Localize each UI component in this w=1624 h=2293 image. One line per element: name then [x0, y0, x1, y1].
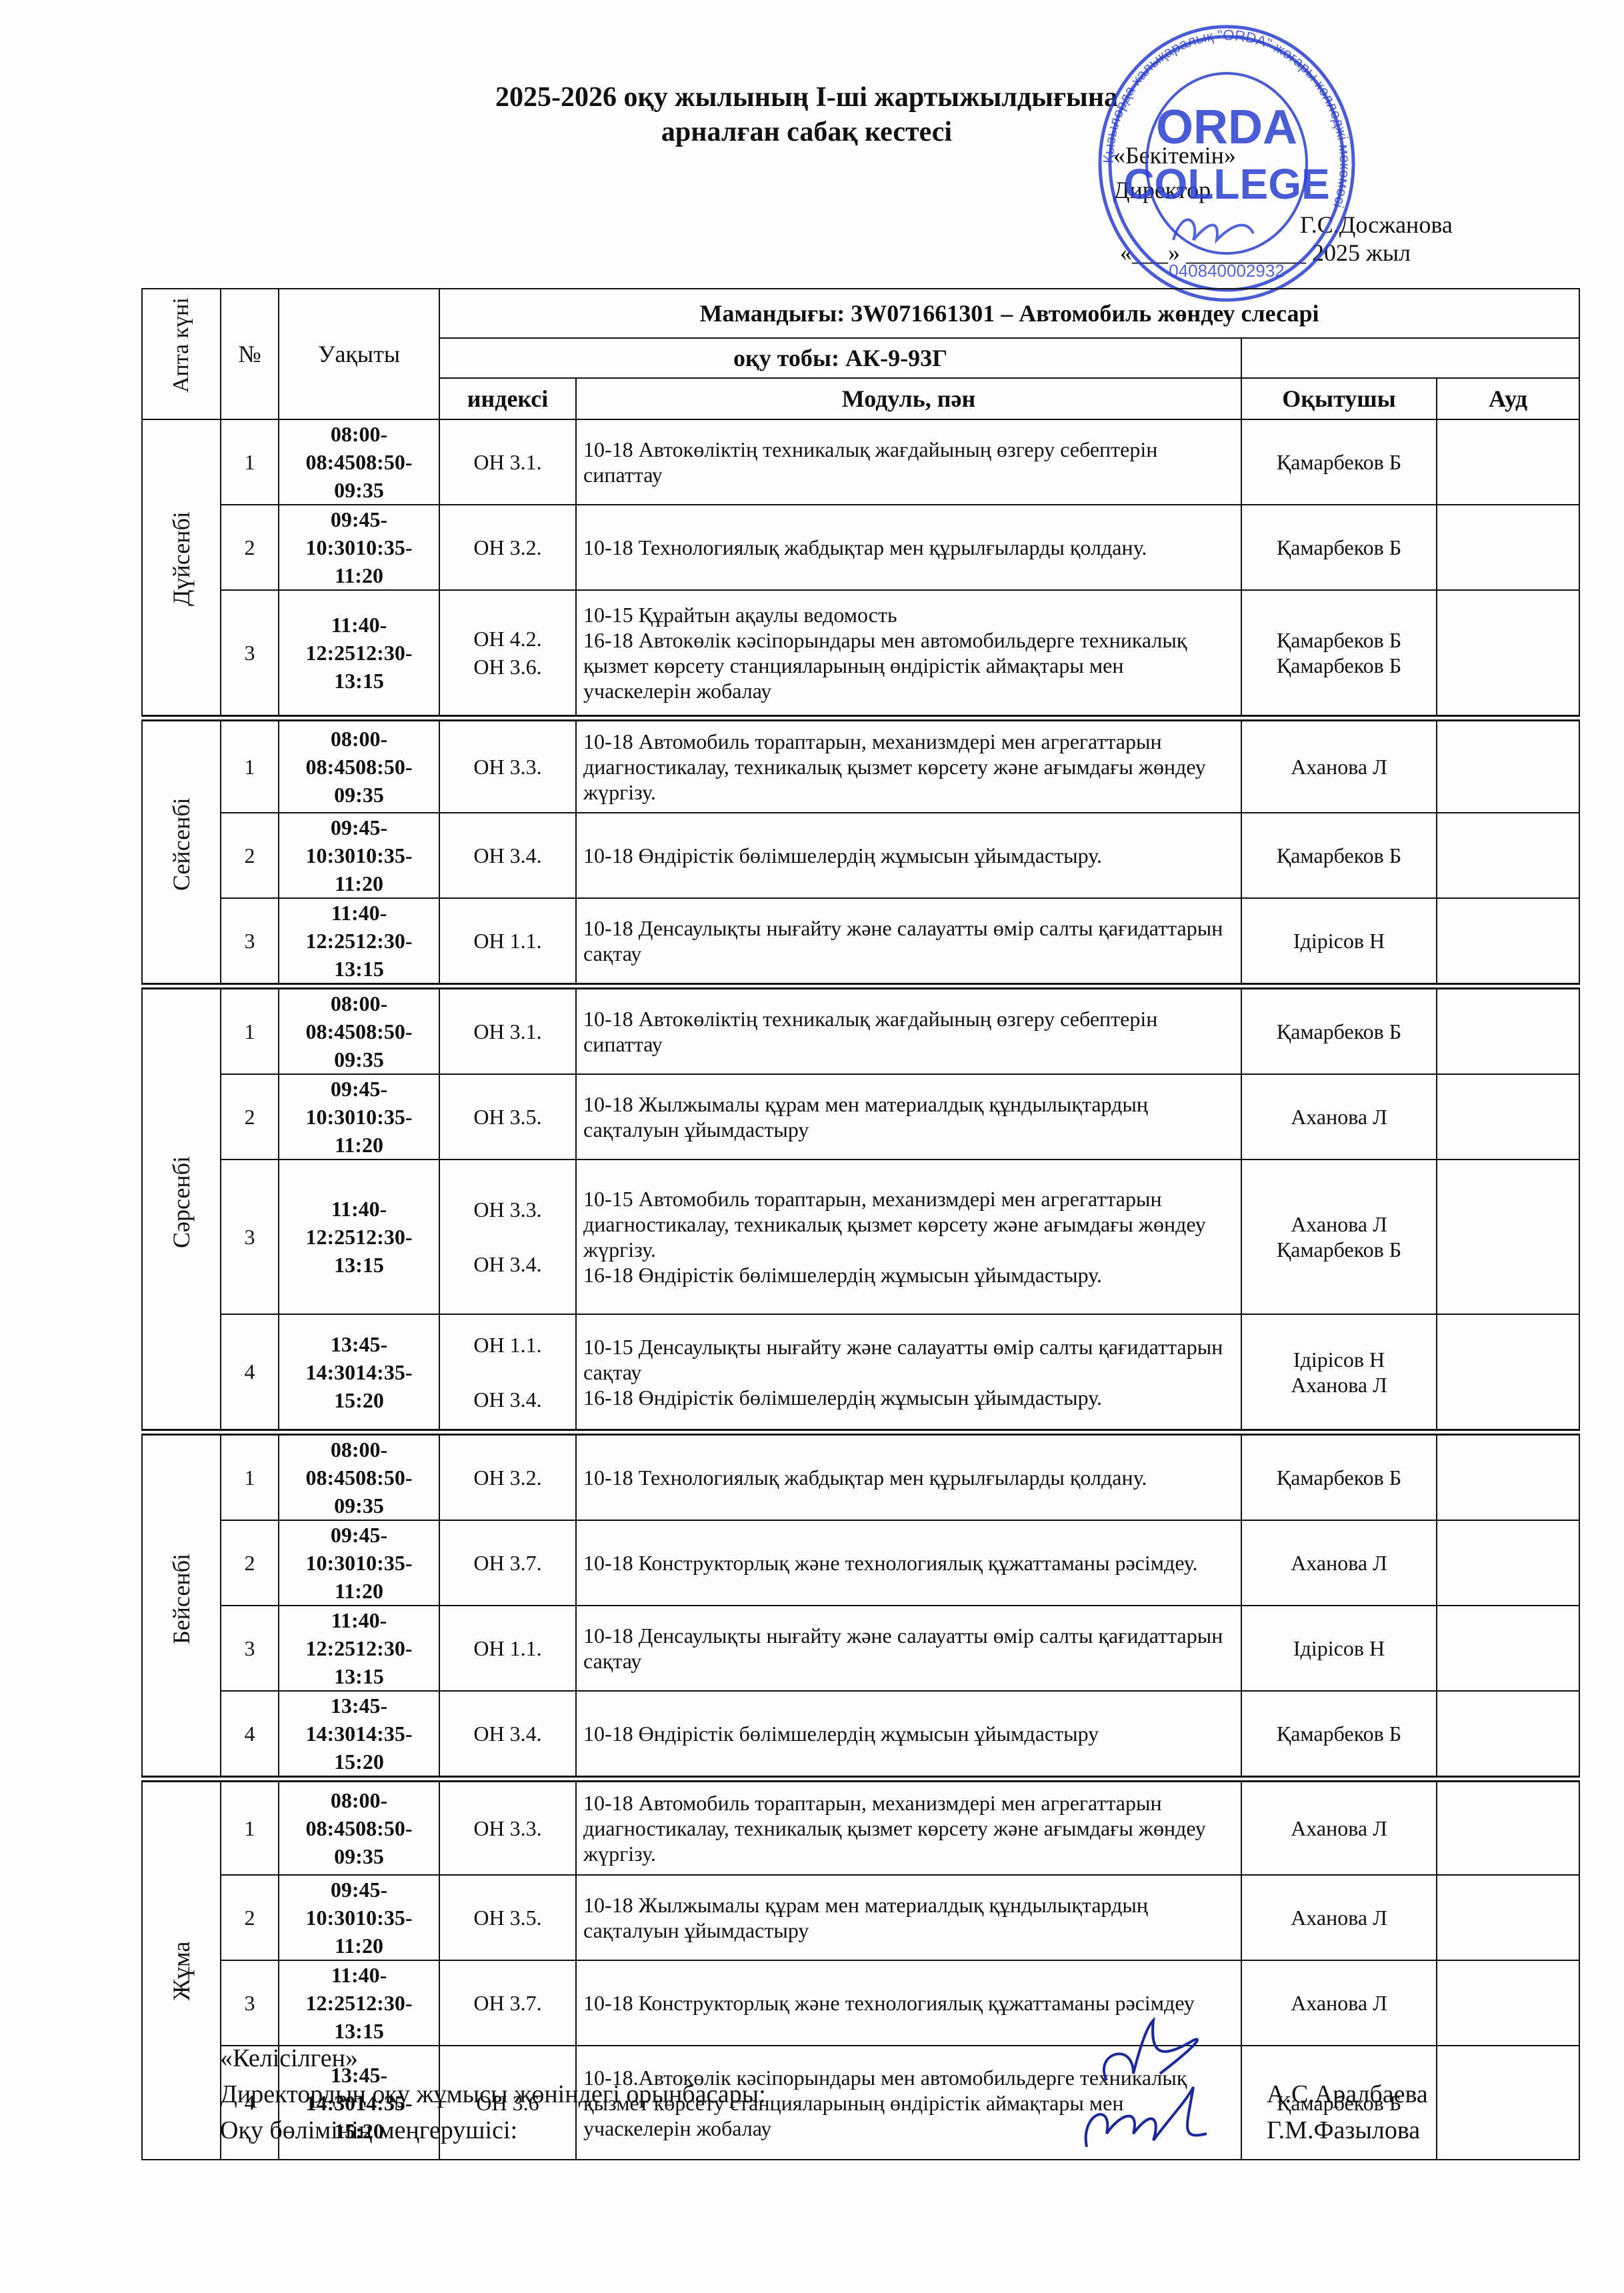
lesson-number: 1 [221, 718, 279, 813]
table-row: 311:40-12:2512:30-13:15ОН 1.1.10-18 Денс… [142, 1606, 1579, 1691]
lesson-index: ОН 3.1. [439, 986, 576, 1074]
lesson-index: ОН 4.2.ОН 3.6. [439, 590, 576, 718]
lesson-number: 3 [221, 1160, 279, 1314]
lesson-index: ОН 3.7. [439, 1520, 576, 1606]
lesson-number: 2 [221, 1875, 279, 1960]
day-cell: Сейсенбі [142, 718, 221, 986]
lesson-teacher: Аханова ЛҚамарбеков Б [1241, 1160, 1437, 1314]
table-row: 413:45-14:3014:35-15:20ОН 3.4.10-18 Өнді… [142, 1691, 1579, 1779]
lesson-index: ОН 1.1. [439, 898, 576, 986]
lesson-number: 2 [221, 813, 279, 898]
lesson-room [1437, 1960, 1579, 2046]
title-line-2: арналған сабақ кестесі [373, 115, 1240, 149]
lesson-subject: 10-18 Денсаулықты нығайту және салауатты… [576, 1606, 1241, 1691]
lesson-room [1437, 1432, 1579, 1520]
header-module: Модуль, пән [576, 378, 1241, 419]
lesson-room [1437, 419, 1579, 505]
title-line-1: 2025-2026 оқу жылының І-ші жартыжылдығын… [373, 80, 1240, 115]
lesson-teacher: Аханова Л [1241, 1875, 1437, 1960]
table-row: 413:45-14:3014:35-15:20ОН 1.1.ОН 3.4.10-… [142, 1314, 1579, 1432]
day-cell: Дүйсенбі [142, 419, 221, 718]
lesson-subject: 10-18 Технологиялық жабдықтар мен құрылғ… [576, 505, 1241, 590]
lesson-number: 4 [221, 1691, 279, 1779]
footer-head-role: Оқу бөлімінің меңгерушісі: [220, 2112, 766, 2148]
lesson-teacher: Аханова Л [1241, 1520, 1437, 1606]
lesson-room [1437, 986, 1579, 1074]
lesson-time: 08:00-08:4508:50-09:35 [279, 718, 439, 813]
day-cell: Жұма [142, 1779, 221, 2160]
lesson-index: ОН 3.7. [439, 1960, 576, 2046]
lesson-teacher: Қамарбеков Б [1241, 813, 1437, 898]
lesson-index: ОН 3.4. [439, 1691, 576, 1779]
lesson-subject: 10-18 Денсаулықты нығайту және салауатты… [576, 898, 1241, 986]
footer-agreed: «Келісілген» [220, 2040, 766, 2076]
lesson-time: 08:00-08:4508:50-09:35 [279, 1432, 439, 1520]
table-row: Сәрсенбі108:00-08:4508:50-09:35ОН 3.1.10… [142, 986, 1579, 1074]
lesson-number: 1 [221, 1779, 279, 1875]
table-row: Сейсенбі108:00-08:4508:50-09:35ОН 3.3.10… [142, 718, 1579, 813]
lesson-teacher: Қамарбеков Б [1241, 1432, 1437, 1520]
header-group: оқу тобы: АК-9-93Г [439, 338, 1241, 378]
table-row: Дүйсенбі108:00-08:4508:50-09:35ОН 3.1.10… [142, 419, 1579, 505]
lesson-time: 11:40-12:2512:30-13:15 [279, 1160, 439, 1314]
lesson-number: 1 [221, 986, 279, 1074]
document-page: 2025-2026 оқу жылының І-ші жартыжылдығын… [0, 0, 1624, 2293]
lesson-time: 13:45-14:3014:35-15:20 [279, 1691, 439, 1779]
lesson-subject: 10-15 Автомобиль тораптарын, механизмдер… [576, 1160, 1241, 1314]
footer-head-name: Г.М.Фазылова [1267, 2112, 1428, 2148]
lesson-number: 3 [221, 1606, 279, 1691]
lesson-number: 2 [221, 1520, 279, 1606]
schedule-table: Апта күні № Уақыты Мамандығы: 3W07166130… [141, 288, 1580, 2160]
day-cell: Бейсенбі [142, 1432, 221, 1779]
lesson-teacher: Қамарбеков БҚамарбеков Б [1241, 590, 1437, 718]
lesson-subject: 10-15 Құрайтын ақаулы ведомость16-18 Авт… [576, 590, 1241, 718]
lesson-room [1437, 1074, 1579, 1160]
table-row: Жұма108:00-08:4508:50-09:35ОН 3.3.10-18 … [142, 1779, 1579, 1875]
lesson-room [1437, 898, 1579, 986]
lesson-subject: 10-18 Автокөліктің техникалық жағдайының… [576, 986, 1241, 1074]
lesson-subject: 10-15 Денсаулықты нығайту және салауатты… [576, 1314, 1241, 1432]
lesson-room [1437, 1160, 1579, 1314]
lesson-teacher: Ідірісов Н [1241, 898, 1437, 986]
lesson-index: ОН 3.4. [439, 813, 576, 898]
lesson-subject: 10-18 Конструкторлық және технологиялық … [576, 1960, 1241, 2046]
lesson-room [1437, 718, 1579, 813]
lesson-time: 09:45-10:3010:35-11:20 [279, 813, 439, 898]
lesson-time: 11:40-12:2512:30-13:15 [279, 1960, 439, 2046]
lesson-index: ОН 3.2. [439, 505, 576, 590]
lesson-subject: 10-18 Жылжымалы құрам мен материалдық құ… [576, 1875, 1241, 1960]
day-cell: Сәрсенбі [142, 986, 221, 1432]
lesson-subject: 10-18 Конструкторлық және технологиялық … [576, 1520, 1241, 1606]
table-row: 311:40-12:2512:30-13:15ОН 1.1.10-18 Денс… [142, 898, 1579, 986]
lesson-number: 3 [221, 1960, 279, 2046]
lesson-subject: 10-18 Технологиялық жабдықтар мен құрылғ… [576, 1432, 1241, 1520]
lesson-index: ОН 3.2. [439, 1432, 576, 1520]
approval-name: Г.С.Досжанова [1300, 209, 1453, 240]
lesson-time: 11:40-12:2512:30-13:15 [279, 1606, 439, 1691]
lesson-subject: 10-18 Жылжымалы құрам мен материалдық құ… [576, 1074, 1241, 1160]
lesson-number: 3 [221, 898, 279, 986]
header-group-blank [1241, 338, 1579, 378]
lesson-number: 1 [221, 419, 279, 505]
header-specialty: Мамандығы: 3W071661301 – Автомобиль жөнд… [439, 289, 1579, 338]
lesson-subject: 10-18 Автомобиль тораптарын, механизмдер… [576, 1779, 1241, 1875]
lesson-time: 08:00-08:4508:50-09:35 [279, 419, 439, 505]
lesson-number: 1 [221, 1432, 279, 1520]
table-row: 209:45-10:3010:35-11:20ОН 3.4.10-18 Өнді… [142, 813, 1579, 898]
lesson-time: 09:45-10:3010:35-11:20 [279, 1520, 439, 1606]
table-row: 311:40-12:2512:30-13:15ОН 3.7.10-18 Конс… [142, 1960, 1579, 2046]
header-teacher: Оқытушы [1241, 378, 1437, 419]
lesson-teacher: Аханова Л [1241, 1074, 1437, 1160]
table-row: 209:45-10:3010:35-11:20ОН 3.2.10-18 Техн… [142, 505, 1579, 590]
lesson-teacher: Қамарбеков Б [1241, 505, 1437, 590]
lesson-room [1437, 1691, 1579, 1779]
header-day: Апта күні [142, 289, 221, 419]
lesson-number: 3 [221, 590, 279, 718]
header-time: Уақыты [279, 289, 439, 419]
lesson-teacher: Аханова Л [1241, 1779, 1437, 1875]
lesson-time: 08:00-08:4508:50-09:35 [279, 986, 439, 1074]
lesson-time: 08:00-08:4508:50-09:35 [279, 1779, 439, 1875]
table-row: Бейсенбі108:00-08:4508:50-09:35ОН 3.2.10… [142, 1432, 1579, 1520]
table-row: 311:40-12:2512:30-13:15ОН 3.3.ОН 3.4.10-… [142, 1160, 1579, 1314]
approval-label: «Бекітемін» [1113, 140, 1236, 171]
lesson-room [1437, 590, 1579, 718]
lesson-index: ОН 3.1. [439, 419, 576, 505]
lesson-teacher: Ідірісов Н [1241, 1606, 1437, 1691]
lesson-number: 2 [221, 505, 279, 590]
document-title: 2025-2026 оқу жылының І-ші жартыжылдығын… [373, 80, 1240, 149]
lesson-teacher: Қамарбеков Б [1241, 1691, 1437, 1779]
header-index: индексі [439, 378, 576, 419]
table-row: 209:45-10:3010:35-11:20ОН 3.5.10-18 Жылж… [142, 1074, 1579, 1160]
lesson-subject: 10-18 Өндірістік бөлімшелердің жұмысын ұ… [576, 1691, 1241, 1779]
lesson-time: 09:45-10:3010:35-11:20 [279, 1875, 439, 1960]
lesson-number: 2 [221, 1074, 279, 1160]
lesson-room [1437, 1779, 1579, 1875]
lesson-teacher: Қамарбеков Б [1241, 419, 1437, 505]
footer-deputy-name: А.С.Аралбаева [1267, 2076, 1428, 2112]
approval-date: «___» __________ 2025 жыл [1120, 237, 1411, 268]
lesson-time: 09:45-10:3010:35-11:20 [279, 1074, 439, 1160]
lesson-room [1437, 2046, 1579, 2160]
lesson-time: 11:40-12:2512:30-13:15 [279, 590, 439, 718]
lesson-room [1437, 505, 1579, 590]
lesson-subject: 10-18 Автомобиль тораптарын, механизмдер… [576, 718, 1241, 813]
header-num: № [221, 289, 279, 419]
header-room: Ауд [1437, 378, 1579, 419]
footer-deputy-role: Директордың оқу жұмысы жөніндегі орынбас… [220, 2076, 766, 2112]
lesson-teacher: Қамарбеков Б [1241, 986, 1437, 1074]
lesson-room [1437, 1875, 1579, 1960]
lesson-index: ОН 1.1. [439, 1606, 576, 1691]
lesson-index: ОН 3.5. [439, 1875, 576, 1960]
lesson-index: ОН 3.3. [439, 718, 576, 813]
lesson-time: 13:45-14:3014:35-15:20 [279, 1314, 439, 1432]
lesson-index: ОН 3.3. [439, 1779, 576, 1875]
table-row: 311:40-12:2512:30-13:15ОН 4.2.ОН 3.6.10-… [142, 590, 1579, 718]
lesson-subject: 10-18 Өндірістік бөлімшелердің жұмысын ұ… [576, 813, 1241, 898]
approval-role: Директор [1113, 175, 1211, 205]
lesson-index: ОН 3.3.ОН 3.4. [439, 1160, 576, 1314]
table-row: 209:45-10:3010:35-11:20ОН 3.7.10-18 Конс… [142, 1520, 1579, 1606]
footer-block: «Келісілген» Директордың оқу жұмысы жөні… [220, 2040, 766, 2148]
lesson-teacher: Аханова Л [1241, 1960, 1437, 2046]
lesson-index: ОН 1.1.ОН 3.4. [439, 1314, 576, 1432]
lesson-room [1437, 1520, 1579, 1606]
lesson-room [1437, 813, 1579, 898]
lesson-subject: 10-18 Автокөліктің техникалық жағдайының… [576, 419, 1241, 505]
lesson-room [1437, 1606, 1579, 1691]
lesson-index: ОН 3.5. [439, 1074, 576, 1160]
lesson-teacher: Аханова Л [1241, 718, 1437, 813]
footer-names: А.С.Аралбаева Г.М.Фазылова [1267, 2076, 1428, 2148]
table-row: 209:45-10:3010:35-11:20ОН 3.5.10-18 Жылж… [142, 1875, 1579, 1960]
lesson-time: 11:40-12:2512:30-13:15 [279, 898, 439, 986]
lesson-number: 4 [221, 1314, 279, 1432]
lesson-teacher: Ідірісов НАханова Л [1241, 1314, 1437, 1432]
lesson-room [1437, 1314, 1579, 1432]
lesson-time: 09:45-10:3010:35-11:20 [279, 505, 439, 590]
